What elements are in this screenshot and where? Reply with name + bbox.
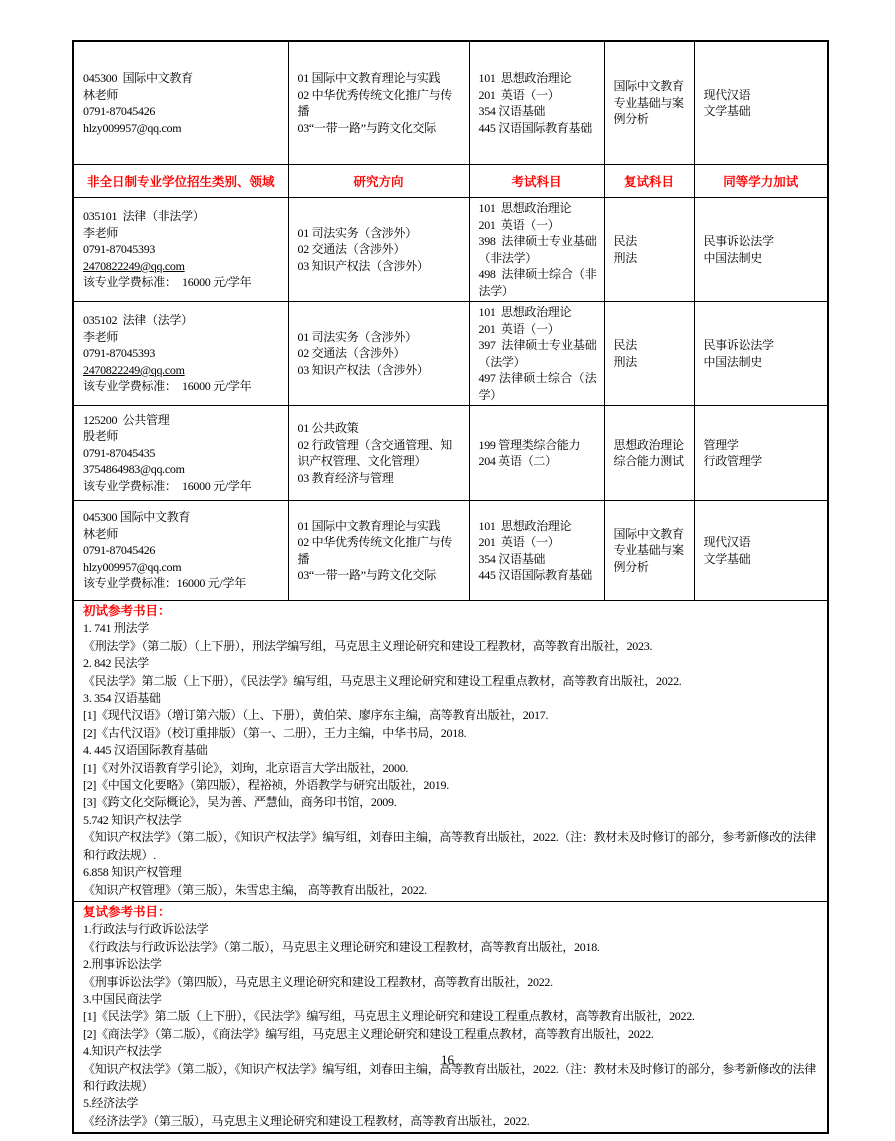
text-line: 刑法	[614, 354, 687, 371]
book-list-line: 《民法学》第二版（上下册），《民法学》编写组，马克思主义理论研究和建设工程重点教…	[83, 673, 820, 690]
text-line: 201 英语（一）	[479, 321, 597, 338]
header-exam-subjects: 考试科目	[469, 165, 604, 198]
text-line: 125200 公共管理	[83, 412, 281, 429]
book-list-line: [3]《跨文化交际概论》，吴为善、严慧仙，商务印书馆，2009.	[83, 794, 820, 811]
text-line: 101 思想政治理论	[479, 518, 597, 535]
directions-cell: 01 司法实务（含涉外）02 交通法（含涉外）03 知识产权法（含涉外）	[288, 302, 469, 406]
text-line: 刑法	[614, 250, 687, 267]
text-line: 445 汉语国际教育基础	[479, 567, 597, 584]
text-line: 354 汉语基础	[479, 103, 597, 120]
text-line: 01 国际中文教育理论与实践	[298, 518, 462, 535]
retest-book-list: 1.行政法与行政诉讼法学《行政法与行政诉讼法学》（第二版），马克思主义理论研究和…	[83, 921, 820, 1130]
category-cell: 125200 公共管理殷老师0791-870454353754864983@qq…	[73, 406, 288, 501]
text-line: 204 英语（二）	[479, 453, 597, 470]
text-line: 03 教育经济与管理	[298, 470, 462, 487]
exam-subjects-cell: 101 思想政治理论201 英语（一）398 法律硕士专业基础（非法学）498 …	[469, 198, 604, 302]
table-row-035101: 035101 法律（非法学）李老师0791-870453932470822249…	[73, 198, 828, 302]
text-line: 101 思想政治理论	[479, 70, 597, 87]
section-title-retest-books: 复试参考书目：	[83, 904, 820, 921]
text-line: 李老师	[83, 329, 281, 346]
text-line: 中国法制史	[704, 250, 821, 267]
header-equivalency-test: 同等学力加试	[694, 165, 828, 198]
retest-subjects-cell: 民法刑法	[604, 198, 694, 302]
text-line: 该专业学费标准： 16000 元/学年	[83, 378, 281, 395]
text-line: 0791-87045393	[83, 241, 281, 258]
initial-exam-books-row: 初试参考书目： 1. 741 刑法学《刑法学》（第二版）（上下册），刑法学编写组…	[73, 601, 828, 902]
text-line: 398 法律硕士专业基础（非法学）	[479, 233, 597, 266]
text-line: 民法	[614, 233, 687, 250]
text-line: 林老师	[83, 526, 281, 543]
text-line: 中国法制史	[704, 354, 821, 371]
text-line: 101 思想政治理论	[479, 304, 597, 321]
book-list-line: 《行政法与行政诉讼法学》（第二版），马克思主义理论研究和建设工程教材，高等教育出…	[83, 939, 820, 956]
email-link: 2470822249@qq.com	[83, 258, 281, 275]
text-line: 445 汉语国际教育基础	[479, 120, 597, 137]
text-line: 林老师	[83, 87, 281, 104]
initial-exam-books-section: 初试参考书目： 1. 741 刑法学《刑法学》（第二版）（上下册），刑法学编写组…	[73, 601, 828, 902]
text-line: 02 中华优秀传统文化推广与传播	[298, 87, 462, 120]
email-link: 2470822249@qq.com	[83, 362, 281, 379]
book-list-line: 《知识产权法学》（第二版），《知识产权法学》编写组，刘春田主编，高等教育出版社，…	[83, 829, 820, 864]
text-line: 02 行政管理（含交通管理、知识产权管理、文化管理）	[298, 437, 462, 470]
directions-cell: 01 国际中文教育理论与实践02 中华优秀传统文化推广与传播03“一带一路”与跨…	[288, 41, 469, 165]
text-line: 文学基础	[704, 103, 821, 120]
retest-subjects-cell: 国际中文教育专业基础与案例分析	[604, 41, 694, 165]
text-line: 354 汉语基础	[479, 551, 597, 568]
book-list-line: 1. 741 刑法学	[83, 620, 820, 637]
retest-books-row: 复试参考书目： 1.行政法与行政诉讼法学《行政法与行政诉讼法学》（第二版），马克…	[73, 901, 828, 1133]
exam-subjects-cell: 101 思想政治理论201 英语（一）397 法律硕士专业基础（法学）497 法…	[469, 302, 604, 406]
retest-subjects-cell: 国际中文教育专业基础与案例分析	[604, 501, 694, 601]
book-list-line: 5.经济法学	[83, 1095, 820, 1112]
text-line: 201 英语（一）	[479, 217, 597, 234]
page-number: 16	[0, 1052, 895, 1068]
book-list-line: 《刑事诉讼法学》（第四版），马克思主义理论研究和建设工程教材，高等教育出版社，2…	[83, 974, 820, 991]
book-list-line: 《知识产权管理》（第三版），朱雪忠主编， 高等教育出版社，2022.	[83, 882, 820, 899]
table-row-045300-top: 045300 国际中文教育林老师0791-87045426hlzy009957@…	[73, 41, 828, 165]
exam-subjects-cell: 101 思想政治理论201 英语（一）354 汉语基础445 汉语国际教育基础	[469, 501, 604, 601]
text-line: 03 知识产权法（含涉外）	[298, 258, 462, 275]
book-list-line: 5.742 知识产权法学	[83, 812, 820, 829]
book-list-line: 《经济法学》（第三版），马克思主义理论研究和建设工程教材，高等教育出版社，202…	[83, 1113, 820, 1130]
retest-books-section: 复试参考书目： 1.行政法与行政诉讼法学《行政法与行政诉讼法学》（第二版），马克…	[73, 901, 828, 1133]
text-line: 该专业学费标准：16000 元/学年	[83, 575, 281, 592]
category-cell: 035101 法律（非法学）李老师0791-870453932470822249…	[73, 198, 288, 302]
text-line: 民法	[614, 337, 687, 354]
text-line: 03 知识产权法（含涉外）	[298, 362, 462, 379]
book-list-line: 1.行政法与行政诉讼法学	[83, 921, 820, 938]
book-list-line: [1]《现代汉语》（增订第六版）（上、下册），黄伯荣、廖序东主编，高等教育出版社…	[83, 707, 820, 724]
text-line: 497 法律硕士综合（法学）	[479, 370, 597, 403]
book-list-line: [2]《商法学》（第二版），《商法学》编写组，马克思主义理论研究和建设工程重点教…	[83, 1026, 820, 1043]
text-line: 101 思想政治理论	[479, 200, 597, 217]
text-line: 03“一带一路”与跨文化交际	[298, 120, 462, 137]
category-cell: 035102 法律（法学）李老师0791-870453932470822249@…	[73, 302, 288, 406]
book-list-line: 2. 842 民法学	[83, 655, 820, 672]
table-row-035102: 035102 法律（法学）李老师0791-870453932470822249@…	[73, 302, 828, 406]
directions-cell: 01 司法实务（含涉外）02 交通法（含涉外）03 知识产权法（含涉外）	[288, 198, 469, 302]
book-list-line: 4. 445 汉语国际教育基础	[83, 742, 820, 759]
book-list-line: [2]《古代汉语》（校订重排版）（第一、二册），王力主编，中华书局，2018.	[83, 725, 820, 742]
text-line: 01 司法实务（含涉外）	[298, 225, 462, 242]
text-line: 文学基础	[704, 551, 821, 568]
text-line: 0791-87045435	[83, 445, 281, 462]
text-line: 498 法律硕士综合（非法学）	[479, 266, 597, 299]
text-line: 民事诉讼法学	[704, 233, 821, 250]
text-line: 0791-87045426	[83, 542, 281, 559]
text-line: 0791-87045393	[83, 345, 281, 362]
text-line: 01 司法实务（含涉外）	[298, 329, 462, 346]
header-category: 非全日制专业学位招生类别、领域	[73, 165, 288, 198]
equivalency-test-cell: 民事诉讼法学中国法制史	[694, 198, 828, 302]
directions-cell: 01 国际中文教育理论与实践02 中华优秀传统文化推广与传播03“一带一路”与跨…	[288, 501, 469, 601]
text-line: hlzy009957@qq.com	[83, 120, 281, 137]
initial-book-list: 1. 741 刑法学《刑法学》（第二版）（上下册），刑法学编写组，马克思主义理论…	[83, 620, 820, 899]
equivalency-test-cell: 管理学行政管理学	[694, 406, 828, 501]
table-row-045300: 045300 国际中文教育林老师0791-87045426hlzy009957@…	[73, 501, 828, 601]
retest-subjects-cell: 民法刑法	[604, 302, 694, 406]
text-line: 02 交通法（含涉外）	[298, 241, 462, 258]
text-line: 201 英语（一）	[479, 87, 597, 104]
book-list-line: [1]《对外汉语教育学引论》，刘珣，北京语言大学出版社，2000.	[83, 760, 820, 777]
text-line: 思想政治理论综合能力测试	[614, 437, 687, 470]
book-list-line: [1]《民法学》第二版（上下册），《民法学》编写组，马克思主义理论研究和建设工程…	[83, 1008, 820, 1025]
book-list-line: [2]《中国文化要略》（第四版），程裕祯，外语教学与研究出版社，2019.	[83, 777, 820, 794]
exam-subjects-cell: 199 管理类综合能力204 英语（二）	[469, 406, 604, 501]
text-line: 现代汉语	[704, 534, 821, 551]
admissions-table: 045300 国际中文教育林老师0791-87045426hlzy009957@…	[72, 40, 829, 1134]
text-line: 397 法律硕士专业基础（法学）	[479, 337, 597, 370]
book-list-line: 6.858 知识产权管理	[83, 864, 820, 881]
text-line: 01 国际中文教育理论与实践	[298, 70, 462, 87]
text-line: 035101 法律（非法学）	[83, 208, 281, 225]
book-list-line: 2.刑事诉讼法学	[83, 956, 820, 973]
text-line: 201 英语（一）	[479, 534, 597, 551]
category-cell: 045300 国际中文教育林老师0791-87045426hlzy009957@…	[73, 501, 288, 601]
text-line: 国际中文教育专业基础与案例分析	[614, 526, 687, 576]
document-page: 045300 国际中文教育林老师0791-87045426hlzy009957@…	[0, 0, 895, 1141]
text-line: 02 交通法（含涉外）	[298, 345, 462, 362]
header-retest-subjects: 复试科目	[604, 165, 694, 198]
book-list-line: 《刑法学》（第二版）（上下册），刑法学编写组，马克思主义理论研究和建设工程教材，…	[83, 638, 820, 655]
text-line: 该专业学费标准： 16000 元/学年	[83, 274, 281, 291]
text-line: 管理学	[704, 437, 821, 454]
text-line: 045300 国际中文教育	[83, 509, 281, 526]
text-line: 民事诉讼法学	[704, 337, 821, 354]
equivalency-test-cell: 民事诉讼法学中国法制史	[694, 302, 828, 406]
text-line: 国际中文教育专业基础与案例分析	[614, 78, 687, 128]
text-line: 殷老师	[83, 428, 281, 445]
text-line: 3754864983@qq.com	[83, 461, 281, 478]
directions-cell: 01 公共政策02 行政管理（含交通管理、知识产权管理、文化管理）03 教育经济…	[288, 406, 469, 501]
text-line: 01 公共政策	[298, 420, 462, 437]
text-line: 199 管理类综合能力	[479, 437, 597, 454]
section-title-initial-books: 初试参考书目：	[83, 603, 820, 620]
book-list-line: 3. 354 汉语基础	[83, 690, 820, 707]
table-header-row: 非全日制专业学位招生类别、领域 研究方向 考试科目 复试科目 同等学力加试	[73, 165, 828, 198]
table-row-125200: 125200 公共管理殷老师0791-870454353754864983@qq…	[73, 406, 828, 501]
book-list-line: 3.中国民商法学	[83, 991, 820, 1008]
equivalency-test-cell: 现代汉语文学基础	[694, 501, 828, 601]
text-line: 行政管理学	[704, 453, 821, 470]
category-cell: 045300 国际中文教育林老师0791-87045426hlzy009957@…	[73, 41, 288, 165]
retest-subjects-cell: 思想政治理论综合能力测试	[604, 406, 694, 501]
header-directions: 研究方向	[288, 165, 469, 198]
exam-subjects-cell: 101 思想政治理论201 英语（一）354 汉语基础445 汉语国际教育基础	[469, 41, 604, 165]
equivalency-test-cell: 现代汉语文学基础	[694, 41, 828, 165]
text-line: 02 中华优秀传统文化推广与传播	[298, 534, 462, 567]
text-line: 现代汉语	[704, 87, 821, 104]
text-line: 035102 法律（法学）	[83, 312, 281, 329]
text-line: 03“一带一路”与跨文化交际	[298, 567, 462, 584]
text-line: 0791-87045426	[83, 103, 281, 120]
text-line: 045300 国际中文教育	[83, 70, 281, 87]
text-line: 李老师	[83, 225, 281, 242]
text-line: hlzy009957@qq.com	[83, 559, 281, 576]
text-line: 该专业学费标准： 16000 元/学年	[83, 478, 281, 495]
